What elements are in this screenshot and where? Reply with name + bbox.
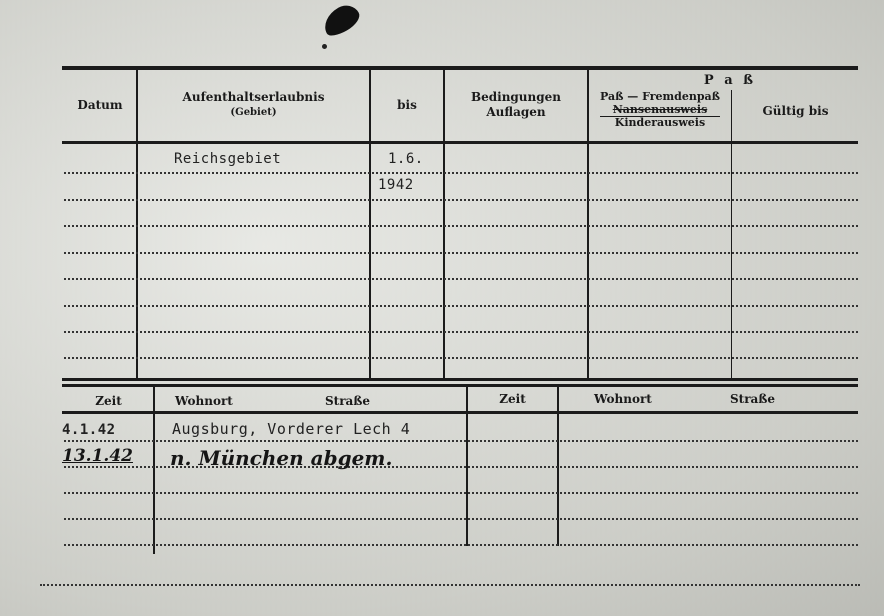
lower-header-rule [62, 411, 858, 414]
row-rule [64, 305, 858, 307]
row-rule [64, 172, 858, 174]
header-wohnort-right: Wohnort [594, 392, 694, 407]
header-zeit-right: Zeit [468, 392, 557, 407]
document-card: Datum Aufenthaltserlaubnis (Gebiet) bis … [0, 0, 884, 616]
header-bis: bis [371, 98, 443, 113]
upper-top-rule [62, 66, 858, 70]
row-rule [64, 199, 858, 201]
row-rule [64, 544, 858, 546]
upper-bottom-rule [62, 378, 858, 381]
zeit-entry-2: 13.1.42 [62, 446, 133, 466]
row-rule [64, 440, 858, 442]
header-strasse-right: Straße [730, 392, 810, 407]
row-rule [64, 252, 858, 254]
header-datum: Datum [64, 98, 136, 113]
header-bedingungen-title: Bedingungen [445, 90, 587, 105]
lower-top-rule [62, 384, 858, 387]
header-pass-line3: Kinderausweis [589, 116, 731, 129]
col-divider [369, 68, 371, 380]
header-gebiet: (Gebiet) [138, 105, 369, 120]
bis-entry-year: 1942 [378, 177, 414, 193]
ink-blot [319, 0, 364, 40]
header-gueltig-bis: Gültig bis [733, 104, 858, 119]
address-entry-1: Augsburg, Vorderer Lech 4 [172, 420, 410, 438]
header-strasse-left: Straße [325, 394, 405, 409]
header-auflagen: Auflagen [445, 105, 587, 120]
row-rule [64, 357, 858, 359]
col-divider [153, 386, 155, 554]
pass-underline [600, 116, 720, 117]
header-zeit-left: Zeit [64, 394, 153, 409]
row-rule [64, 225, 858, 227]
bis-entry-day: 1.6. [388, 151, 424, 167]
header-aufenthaltserlaubnis: Aufenthaltserlaubnis (Gebiet) [138, 90, 369, 120]
header-pass: Paß — Fremdenpaß Nansenausweis Kinderaus… [589, 90, 731, 129]
gebiet-entry: Reichsgebiet [174, 151, 281, 167]
header-pass-line2: Nansenausweis [589, 103, 731, 116]
ink-dot [322, 44, 327, 49]
header-aufenthaltserlaubnis-title: Aufenthaltserlaubnis [138, 90, 369, 105]
zeit-entry-1: 4.1.42 [62, 422, 116, 438]
address-entry-2: n. München abgem. [170, 446, 392, 470]
header-pass-line1: Paß — Fremdenpaß [589, 90, 731, 103]
upper-header-rule [62, 141, 858, 144]
col-divider [731, 90, 732, 380]
header-wohnort-left: Wohnort [175, 394, 275, 409]
row-rule [64, 331, 858, 333]
header-pass-group: P a ß [680, 73, 780, 88]
row-rule [64, 492, 858, 494]
row-rule [64, 278, 858, 280]
row-rule [64, 518, 858, 520]
header-bedingungen: Bedingungen Auflagen [445, 90, 587, 120]
card-bottom-rule [40, 584, 860, 586]
